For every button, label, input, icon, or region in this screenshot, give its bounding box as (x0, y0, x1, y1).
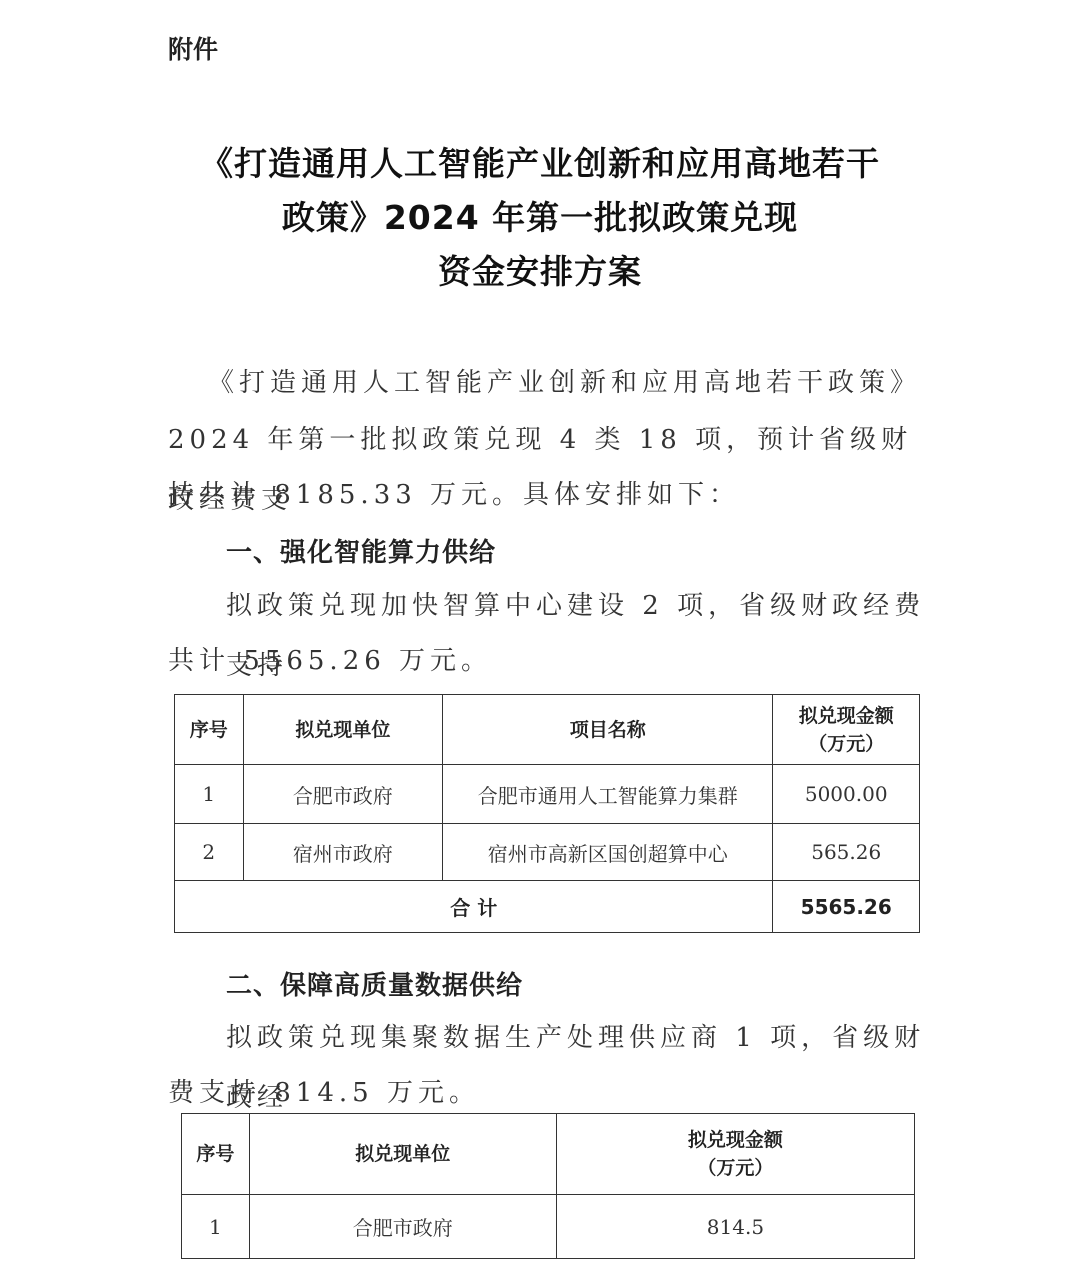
header-amount-line2: （万元） (557, 1154, 914, 1182)
document-title-line3: 资金安排方案 (0, 246, 1080, 293)
table-row: 2 宿州市政府 宿州市高新区国创超算中心 565.26 (175, 824, 920, 881)
section2-heading: 二、保障高质量数据供给 (226, 965, 523, 1002)
header-amount: 拟兑现金额 （万元） (556, 1114, 914, 1195)
section2-table: 序号 拟兑现单位 拟兑现金额 （万元） 1 合肥市政府 814.5 (181, 1113, 915, 1259)
attachment-label: 附件 (168, 30, 218, 66)
total-amount: 5565.26 (773, 881, 920, 933)
table-header-row: 序号 拟兑现单位 项目名称 拟兑现金额 （万元） (175, 695, 920, 765)
table-row: 1 合肥市政府 合肥市通用人工智能算力集群 5000.00 (175, 765, 920, 824)
row-index: 1 (182, 1195, 250, 1259)
header-amount: 拟兑现金额 （万元） (773, 695, 920, 765)
header-index: 序号 (182, 1114, 250, 1195)
header-unit: 拟兑现单位 (249, 1114, 556, 1195)
section1-table: 序号 拟兑现单位 项目名称 拟兑现金额 （万元） 1 合肥市政府 合肥市通用人工… (174, 694, 920, 933)
header-project: 项目名称 (443, 695, 773, 765)
header-index: 序号 (175, 695, 244, 765)
section1-desc-line2: 共计 5565.26 万元。 (168, 631, 938, 691)
intro-line3: 持共计 8185.33 万元。具体安排如下： (168, 465, 938, 525)
header-amount-line1: 拟兑现金额 (557, 1126, 914, 1154)
header-amount-line1: 拟兑现金额 (773, 702, 919, 730)
section1-heading: 一、强化智能算力供给 (226, 532, 496, 569)
table-header-row: 序号 拟兑现单位 拟兑现金额 （万元） (182, 1114, 915, 1195)
header-unit: 拟兑现单位 (243, 695, 442, 765)
header-amount-line2: （万元） (773, 730, 919, 758)
document-title-line1: 《打造通用人工智能产业创新和应用高地若干 (0, 138, 1080, 185)
row-unit: 合肥市政府 (243, 765, 442, 824)
intro-line1: 《打造通用人工智能产业创新和应用高地若干政策》 (168, 353, 948, 413)
table-total-row: 合 计 5565.26 (175, 881, 920, 933)
row-project: 宿州市高新区国创超算中心 (443, 824, 773, 881)
total-label: 合 计 (175, 881, 773, 933)
table-row: 1 合肥市政府 814.5 (182, 1195, 915, 1259)
row-project: 合肥市通用人工智能算力集群 (443, 765, 773, 824)
document-title-line2: 政策》2024 年第一批拟政策兑现 (0, 192, 1080, 239)
row-amount: 5000.00 (773, 765, 920, 824)
row-index: 1 (175, 765, 244, 824)
row-amount: 814.5 (556, 1195, 914, 1259)
row-unit: 合肥市政府 (249, 1195, 556, 1259)
row-amount: 565.26 (773, 824, 920, 881)
row-index: 2 (175, 824, 244, 881)
row-unit: 宿州市政府 (243, 824, 442, 881)
